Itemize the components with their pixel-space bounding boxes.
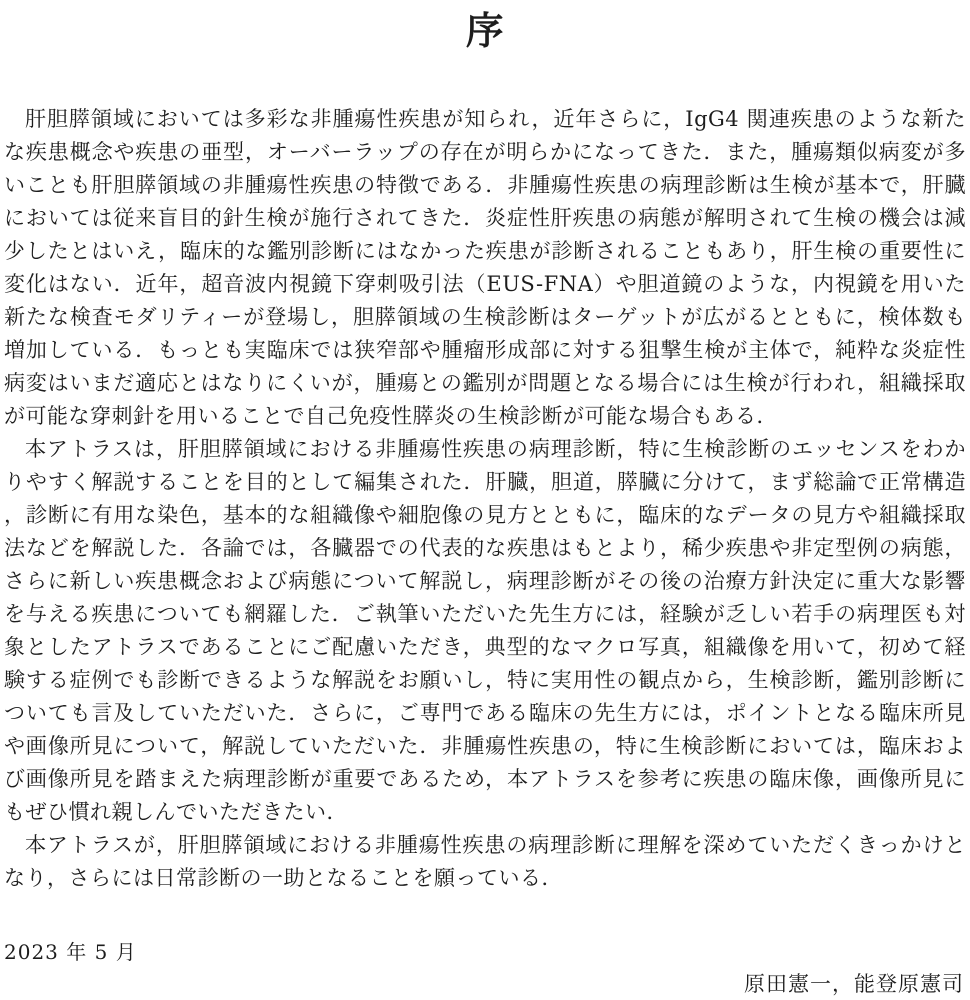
preface-paragraph-1: 肝胆膵領域においては多彩な非腫瘍性疾患が知られ，近年さらに，IgG4 関連疾患の…	[4, 103, 966, 433]
authors-line: 原田憲一，能登原憲司	[744, 970, 964, 998]
preface-page: 序 肝胆膵領域においては多彩な非腫瘍性疾患が知られ，近年さらに，IgG4 関連疾…	[0, 6, 970, 1000]
page-title: 序	[4, 6, 966, 56]
preface-paragraph-2: 本アトラスは，肝胆膵領域における非腫瘍性疾患の病理診断，特に生検診断のエッセンス…	[4, 433, 966, 829]
date-line: 2023 年 5 月	[4, 939, 966, 965]
preface-paragraph-3: 本アトラスが，肝胆膵領域における非腫瘍性疾患の病理診断に理解を深めていただくきっ…	[4, 829, 966, 895]
preface-body: 肝胆膵領域においては多彩な非腫瘍性疾患が知られ，近年さらに，IgG4 関連疾患の…	[4, 103, 966, 895]
